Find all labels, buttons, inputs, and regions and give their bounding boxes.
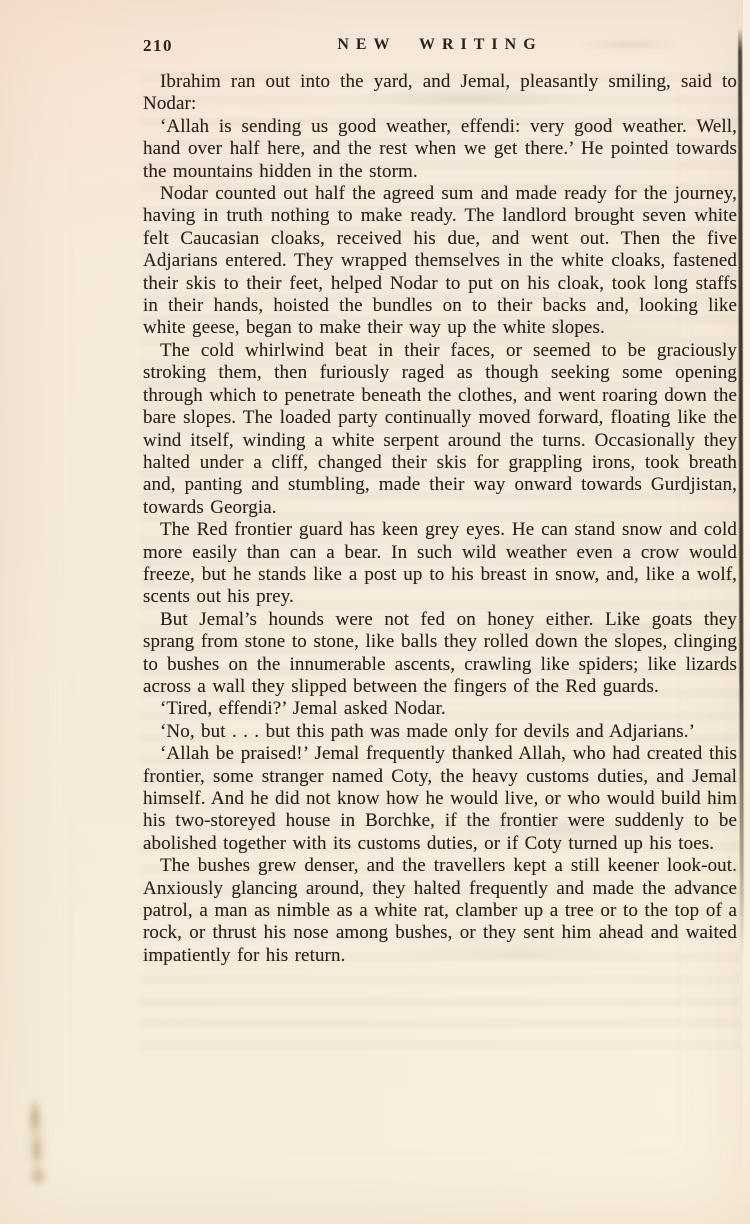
stain-mark bbox=[18, 1092, 58, 1200]
page-edge-strip bbox=[743, 0, 750, 1224]
book-page: 210 NEW WRITING Ibrahim ran out into the… bbox=[0, 0, 750, 1224]
paragraph: The cold whirlwind beat in their faces, … bbox=[143, 340, 737, 519]
paragraph: Nodar counted out half the agreed sum an… bbox=[143, 183, 737, 340]
paragraph: The Red frontier guard has keen grey eye… bbox=[143, 519, 737, 609]
page-header: 210 NEW WRITING bbox=[143, 36, 737, 56]
paragraph: ‘Tired, effendi?’ Jemal asked Nodar. bbox=[143, 698, 737, 720]
paragraph: ‘Allah is sending us good weather, effen… bbox=[143, 116, 737, 183]
paragraph: But Jemal’s hounds were not fed on honey… bbox=[143, 609, 737, 699]
paragraph: ‘Allah be praised!’ Jemal frequently tha… bbox=[143, 743, 737, 855]
paragraph: The bushes grew denser, and the travelle… bbox=[143, 855, 737, 967]
paragraph: Ibrahim ran out into the yard, and Jemal… bbox=[143, 71, 737, 116]
running-header: NEW WRITING bbox=[143, 36, 737, 54]
page-number: 210 bbox=[143, 36, 173, 56]
body-text: Ibrahim ran out into the yard, and Jemal… bbox=[143, 71, 737, 967]
paragraph: ‘No, but . . . but this path was made on… bbox=[143, 721, 737, 743]
